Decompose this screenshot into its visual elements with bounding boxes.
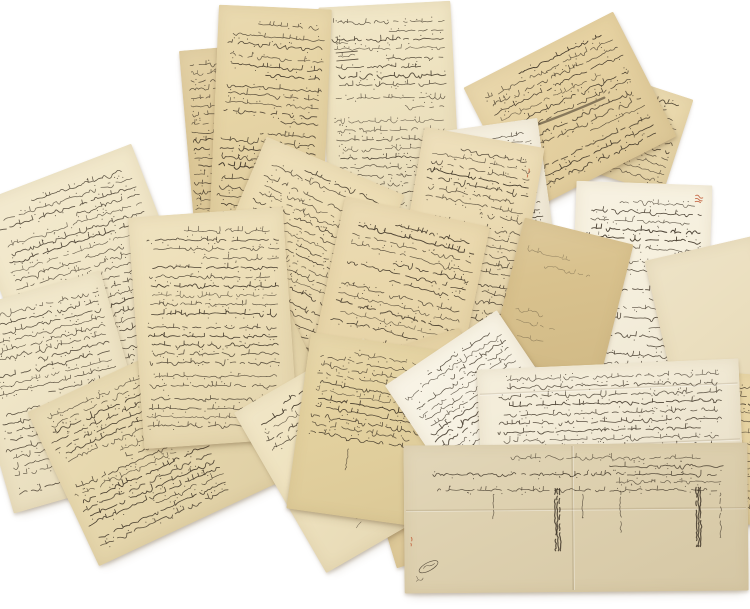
leaf-bottom-landscape: [403, 443, 748, 594]
leaf-bottom-landscape-ink: [403, 443, 748, 594]
photo-canvas: Photograph of a pile of overlapping loos…: [0, 0, 750, 609]
